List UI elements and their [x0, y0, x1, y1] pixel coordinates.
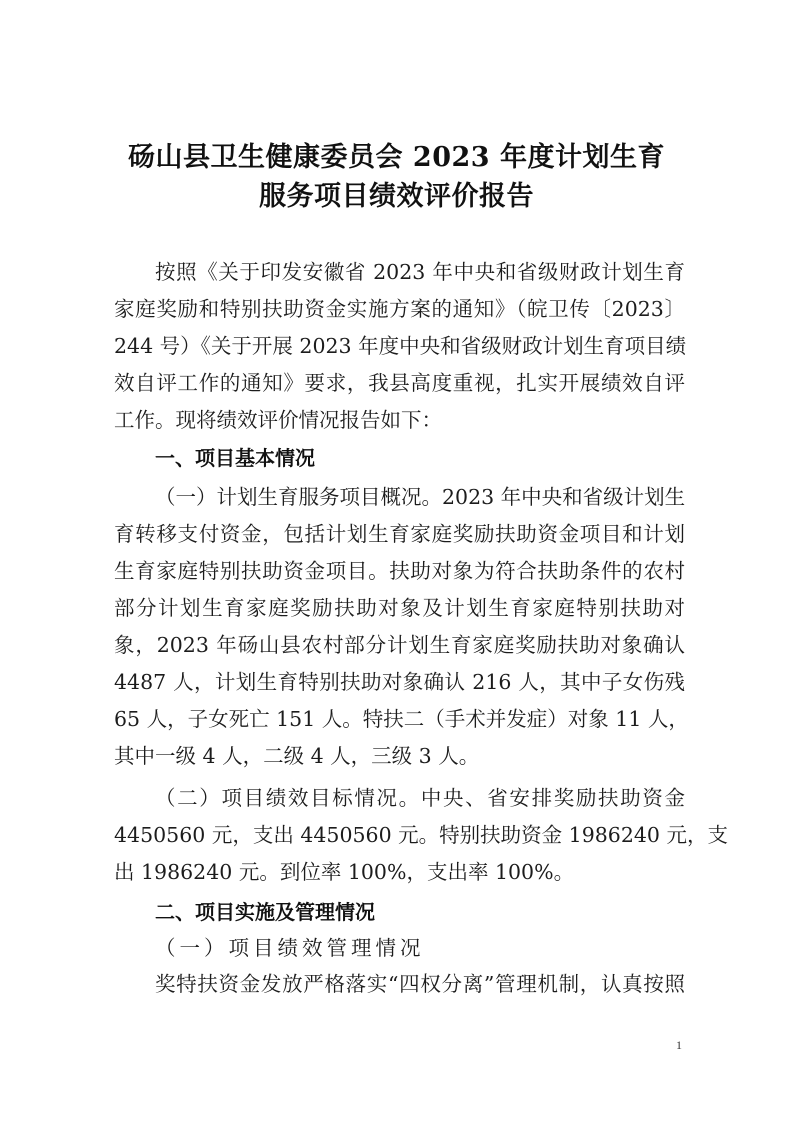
- document-page: 砀山县卫生健康委员会 2023 年度计划生育 服务项目绩效评价报告 按照《关于印…: [0, 0, 793, 1122]
- paragraph-line: 其中一级 4 人，二级 4 人，三级 3 人。: [114, 742, 685, 770]
- paragraph-line: 育转移支付资金，包括计划生育家庭奖励扶助资金项目和计划: [114, 520, 685, 548]
- paragraph-line: 部分计划生育家庭奖励扶助对象及计划生育家庭特别扶助对: [114, 594, 685, 622]
- page-number: 1: [676, 1038, 682, 1053]
- paragraph-line: 4487 人，计划生育特别扶助对象确认 216 人，其中子女伤残: [114, 668, 685, 696]
- paragraph-line: 65 人，子女死亡 151 人。特扶二（手术并发症）对象 11 人，: [114, 705, 685, 733]
- document-title-line-2: 服务项目绩效评价报告: [0, 181, 793, 213]
- intro-line: 244 号）《关于开展 2023 年度中央和省级财政计划生育项目绩: [114, 332, 685, 360]
- paragraph-line: 生育家庭特别扶助资金项目。扶助对象为符合扶助条件的农村: [114, 557, 685, 585]
- paragraph-line: 4450560 元，支出 4450560 元。特别扶助资金 1986240 元，…: [114, 821, 685, 849]
- intro-line: 效自评工作的通知》要求，我县高度重视，扎实开展绩效自评: [114, 369, 685, 397]
- paragraph-line: （一）计划生育服务项目概况。2023 年中央和省级计划生: [155, 483, 685, 511]
- paragraph-line: 象，2023 年砀山县农村部分计划生育家庭奖励扶助对象确认: [114, 631, 685, 659]
- intro-line: 家庭奖励和特别扶助资金实施方案的通知》（皖卫传〔2023〕: [114, 295, 685, 323]
- section-2-heading: 二、项目实施及管理情况: [155, 898, 375, 926]
- intro-line: 工作。现将绩效评价情况报告如下：: [114, 406, 685, 434]
- intro-line: 按照《关于印发安徽省 2023 年中央和省级财政计划生育: [155, 258, 685, 286]
- section-2-subheading: （一）项目绩效管理情况: [155, 934, 425, 962]
- paragraph-line: 出 1986240 元。到位率 100%，支出率 100%。: [114, 858, 685, 886]
- section-1-heading: 一、项目基本情况: [155, 444, 315, 472]
- document-title-line-1: 砀山县卫生健康委员会 2023 年度计划生育: [0, 142, 793, 174]
- paragraph-line: （二）项目绩效目标情况。中央、省安排奖励扶助资金: [155, 784, 685, 812]
- paragraph-line: 奖特扶资金发放严格落实“四权分离”管理机制，认真按照: [155, 970, 685, 998]
